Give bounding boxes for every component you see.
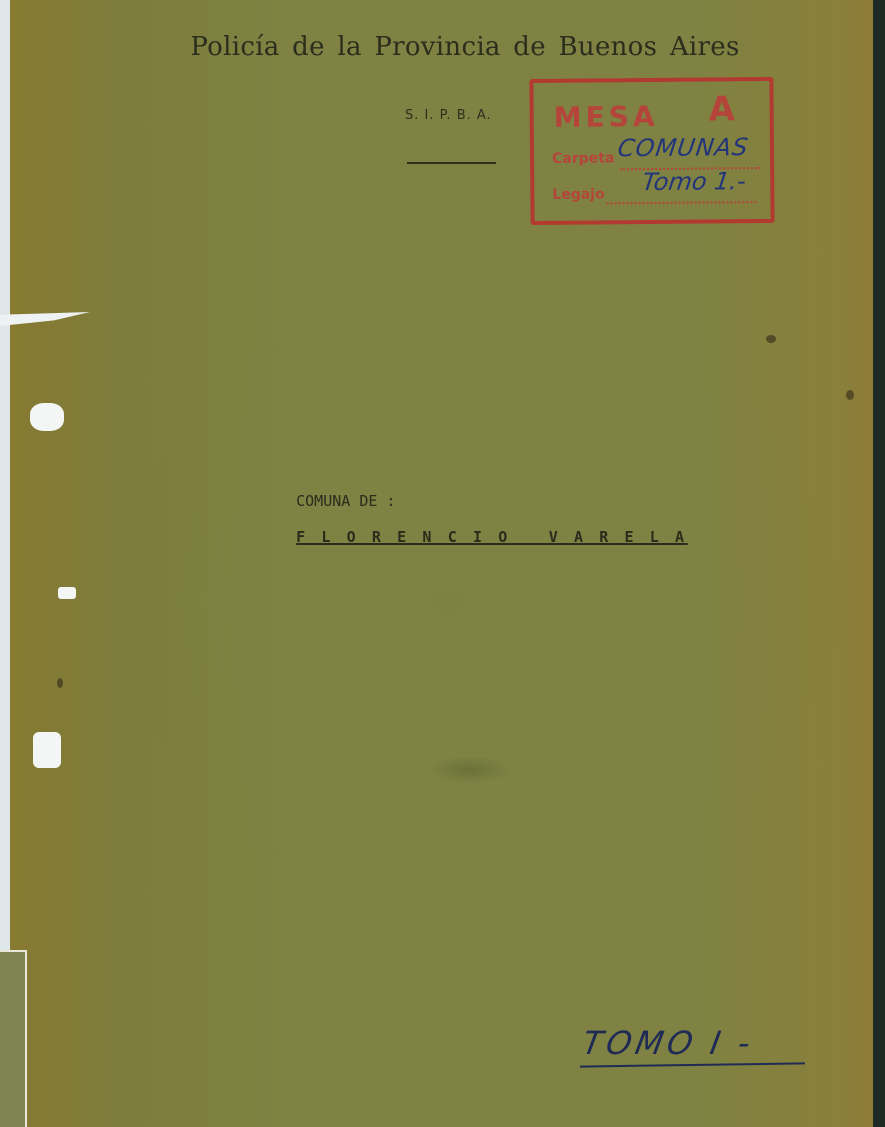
stamp-carpeta-label: Carpeta: [552, 150, 614, 167]
comuna-line: COMUNA DE : F L O R E N C I O V A R E L …: [260, 474, 688, 564]
missing-corner: [0, 950, 27, 1127]
comuna-value: F L O R E N C I O V A R E L A: [296, 528, 688, 546]
comuna-label: COMUNA DE :: [296, 492, 395, 510]
binding-hole: [33, 732, 61, 768]
stamp-legajo-label: Legajo: [552, 186, 604, 202]
stain: [57, 678, 63, 688]
divider: [407, 162, 496, 164]
binding-hole: [30, 403, 64, 431]
stamp-mesa-value: A: [708, 89, 735, 129]
document-header: Policía de la Provincia de Buenos Aires: [0, 32, 885, 62]
binding-hole: [58, 587, 76, 599]
scan-edge-right: [873, 0, 885, 1127]
folder-cover: Policía de la Provincia de Buenos Aires …: [0, 0, 885, 1127]
stain: [846, 390, 854, 400]
stamp-mesa-label: MESA: [554, 100, 659, 134]
stamp-dotted-line: [606, 201, 756, 204]
stamp-carpeta-value: COMUNAS: [616, 133, 750, 162]
volume-underline: [580, 1062, 805, 1067]
stain: [766, 335, 776, 343]
volume-note: TOMO I -: [580, 1024, 758, 1062]
paper-tear: [0, 312, 90, 326]
archive-stamp: MESA A Carpeta COMUNAS Legajo Tomo 1.-: [529, 77, 774, 225]
agency-code: S. I. P. B. A.: [405, 108, 492, 123]
stamp-legajo-value: Tomo 1.-: [640, 167, 747, 196]
